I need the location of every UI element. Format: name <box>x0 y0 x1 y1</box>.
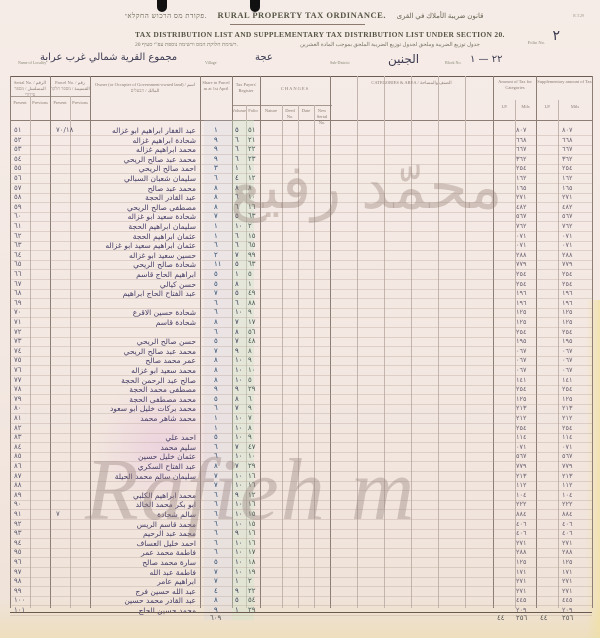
folio-cell: ٩ <box>248 356 252 365</box>
serial-cell: ٧٣ <box>14 337 22 346</box>
amount-mils-cell: ٢٥٤ <box>516 164 526 173</box>
header-supp-mils: Mils <box>558 104 592 110</box>
share-cell: ١ <box>214 232 218 241</box>
amount-mils-cell: ١١٤ <box>516 433 526 442</box>
share-cell: ١ <box>214 222 218 231</box>
folio-cell: ١٥ <box>248 232 256 241</box>
volume-cell: ١٠ <box>235 558 243 567</box>
share-cell: ٨ <box>214 376 218 385</box>
owner-cell: عبد الغفار ابراهيم ابو غزاله <box>96 126 196 135</box>
supp-mils-cell: ٤٠٦ <box>562 520 572 529</box>
header-parcel-previous: Previous <box>70 100 90 106</box>
folio-label: Folio No. <box>528 40 545 45</box>
serial-cell: ٨٠ <box>14 404 22 413</box>
volume-cell: ١ <box>235 577 239 586</box>
supp-mils-cell: ١١٤ <box>562 433 572 442</box>
supp-mils-cell: ١٩٦ <box>562 299 572 308</box>
amount-mils-cell: ٦٦٨ <box>516 136 526 145</box>
share-cell: ٣ <box>214 164 218 173</box>
amount-mils-cell: ٨٨٤ <box>516 510 526 519</box>
volume-cell: ١٠ <box>235 308 243 317</box>
volume-cell: ٨ <box>235 328 239 337</box>
supp-mils-cell: ٧٧٩ <box>562 462 572 471</box>
folio-cell: ٤٩ <box>248 289 256 298</box>
folio-cell: ٢٢ <box>248 587 256 596</box>
volume-cell: ٥ <box>235 126 239 135</box>
supp-mils-cell: ١٢٥ <box>562 558 572 567</box>
supp-mils-cell: ٢١٢ <box>562 414 572 423</box>
serial-cell: ٨٩ <box>14 491 22 500</box>
share-cell: ١ <box>214 424 218 433</box>
share-cell: ٦ <box>214 404 218 413</box>
share-cell: ١ <box>214 414 218 423</box>
serial-cell: ٩٥ <box>14 548 22 557</box>
owner-cell: عبد القادر الحجة <box>96 193 196 202</box>
amount-mils-cell: ٧٧٩ <box>516 462 526 471</box>
folio-cell: ٩٩ <box>248 251 256 260</box>
share-cell: ٩ <box>214 145 218 154</box>
amount-mils-cell: ٠٧١ <box>516 232 526 241</box>
folio-cell: ١٩ <box>248 568 256 577</box>
amount-mils-cell: ٢١٣ <box>516 404 526 413</box>
volume-cell: ٥ <box>235 596 239 605</box>
supp-mils-cell: ١٢٥ <box>562 395 572 404</box>
owner-cell: محمد بركات خليل ابو سعود <box>96 404 196 413</box>
serial-cell: ٥١ <box>14 126 22 135</box>
folio-cell: ٥ <box>248 270 252 279</box>
header-supp-lp: LP. <box>537 104 558 110</box>
share-cell: ٩ <box>214 385 218 394</box>
supp-mils-cell: ٢٧١ <box>562 577 572 586</box>
folio-cell: ٢١ <box>248 136 256 145</box>
supp-mils-cell: ٦٦٧ <box>562 145 572 154</box>
supp-mils-cell: ١١٢ <box>562 481 572 490</box>
folio-cell: ٢٩ <box>248 606 256 615</box>
title-hebrew: פקודת מס הרכוש החקלאי. <box>125 12 207 20</box>
volume-cell: ٩ <box>235 587 239 596</box>
supp-mils-cell: ١٦٥ <box>562 184 572 193</box>
parcel-cell: ٧ <box>56 510 60 519</box>
folio-cell: ٦٥ <box>248 241 256 250</box>
owner-cell: احمد صالح الريحي <box>96 164 196 173</box>
row-rule <box>10 327 592 328</box>
owner-cell: حسن كيالي <box>96 280 196 289</box>
serial-cell: ٥٩ <box>14 203 22 212</box>
share-cell: ٧ <box>214 289 218 298</box>
header-owner: Owner (or Occupier of Government-owned l… <box>92 82 198 94</box>
volume-cell: ٩ <box>235 385 239 394</box>
folio-cell: ٢ <box>248 577 252 586</box>
folio-cell: ٩ <box>248 308 252 317</box>
header-parcel-no: Parcel No. / رقم القسيمة / מספר חלקה <box>50 80 90 92</box>
serial-cell: ٥٣ <box>14 145 22 154</box>
volume-cell: ١٠ <box>235 548 243 557</box>
folio-cell: ٥١ <box>248 126 256 135</box>
folio-cell: ٩ <box>248 404 252 413</box>
parcel-cell: ٧٠/١٨ <box>56 126 73 135</box>
amount-mils-cell: ٢٥٤ <box>516 270 526 279</box>
header-changes: CHANGES <box>260 86 330 92</box>
subdistrict-value: الجنين <box>388 52 419 66</box>
owner-cell: سليمان شعبان السبالي <box>96 174 196 183</box>
folio-cell: ٥ <box>248 376 252 385</box>
supp-mils-cell: ٢٥٤ <box>562 328 572 337</box>
serial-cell: ٥٢ <box>14 136 22 145</box>
volume-cell: ٧ <box>235 337 239 346</box>
serial-cell: ٩٣ <box>14 529 22 538</box>
volume-cell: ٨ <box>235 395 239 404</box>
title-english: RURAL PROPERTY TAX ORDINANCE. <box>217 10 385 20</box>
share-cell: ٦ <box>214 299 218 308</box>
header-bottom-border <box>10 120 592 121</box>
owner-cell: صالح عبد الرحمن الحجة <box>96 376 196 385</box>
serial-cell: ٩٨ <box>14 577 22 586</box>
amount-mils-cell: ٢٥٤ <box>516 280 526 289</box>
folio-value: ٢ <box>552 28 560 44</box>
amount-mils-cell: ١١٢ <box>516 481 526 490</box>
supp-mils-cell: ٢١٣ <box>562 404 572 413</box>
volume-cell: ٧ <box>235 404 239 413</box>
serial-cell: ٩٤ <box>14 539 22 548</box>
folio-cell: ٨ <box>248 347 252 356</box>
serial-cell: ٥٨ <box>14 193 22 202</box>
watermark-latin: Rafieh m <box>85 440 416 541</box>
supp-mils-cell: ٥٦٧ <box>562 452 572 461</box>
share-cell: ٨ <box>214 596 218 605</box>
amount-mils-cell: ٧٦٢ <box>516 222 526 231</box>
village-value: عجة <box>255 52 273 63</box>
col-line <box>558 100 559 608</box>
folio-cell: ٤٨ <box>248 337 256 346</box>
supp-mils-cell: ١٠٤ <box>562 491 572 500</box>
header-folio: Folio <box>246 108 260 114</box>
header-changes-nature: Nature <box>260 108 282 114</box>
owner-cell: محمد ابراهيم غزاله <box>96 145 196 154</box>
share-cell: ٥ <box>214 558 218 567</box>
supp-mils-cell: ٠٦٧ <box>562 347 572 356</box>
subdistrict-label: Sub-District <box>330 60 350 65</box>
owner-cell: شحادة سعيد ابو غزاله <box>96 212 196 221</box>
amount-mils-cell: ٢٧١ <box>516 539 526 548</box>
folio-cell: ١٠ <box>248 366 256 375</box>
share-cell: ٥ <box>214 337 218 346</box>
owner-cell: شحادة ابراهيم غزاله <box>96 136 196 145</box>
supp-mils-cell: ٢٧١ <box>562 193 572 202</box>
supp-mils-cell: ٢٧١ <box>562 587 572 596</box>
supp-mils-cell: ٧٧٩ <box>562 260 572 269</box>
amount-mils-cell: ١٢٥ <box>516 308 526 317</box>
supp-mils-cell: ٤٨٢ <box>562 203 572 212</box>
serial-cell: ٩٧ <box>14 568 22 577</box>
volume-cell: ٦ <box>235 299 239 308</box>
owner-cell: ابراهيم الحاج قاسم <box>96 270 196 279</box>
volume-cell: ٦ <box>235 241 239 250</box>
share-cell: ٥ <box>214 270 218 279</box>
header-changes-new-serial: New Serial No. <box>314 108 330 126</box>
owner-cell: محمد سعيد ابو غزاله <box>96 366 196 375</box>
share-cell: ٧ <box>214 577 218 586</box>
share-cell: ٨ <box>214 184 218 193</box>
header-share: Share in Parcel as at 1st April <box>201 80 231 92</box>
serial-cell: ٨٨ <box>14 481 22 490</box>
amount-mils-cell: ٢١٢ <box>516 414 526 423</box>
header-parcel-present: Present <box>50 100 70 106</box>
owner-cell: عثمان ابراهيم سعيد ابو غزاله <box>96 241 196 250</box>
share-cell: ٨ <box>214 203 218 212</box>
serial-cell: ٦٩ <box>14 299 22 308</box>
serial-cell: ٦٤ <box>14 251 22 260</box>
amount-mils-cell: ٥٦٧ <box>516 212 526 221</box>
amount-mils-cell: ٧٧٩ <box>516 260 526 269</box>
share-cell: ٨ <box>214 193 218 202</box>
totals-border <box>10 612 592 613</box>
supp-mils-cell: ١٩٦ <box>562 289 572 298</box>
serial-cell: ٧٨ <box>14 385 22 394</box>
supp-mils-cell: ٠٦٧ <box>562 366 572 375</box>
amount-mils-cell: ١٦٥ <box>516 184 526 193</box>
folio-cell: ١٧ <box>248 318 256 327</box>
supp-mils-cell: ٢١٣ <box>562 472 572 481</box>
total-supp-mils: ٢٥٦ <box>562 614 573 622</box>
document-subtitle-hebrew: רשימת חלוקת המס ורשימה נוספת עפ"י סעיף 2… <box>135 42 238 48</box>
supp-mils-cell: ٧٦٢ <box>562 222 572 231</box>
amount-mils-cell: ١٢٥ <box>516 395 526 404</box>
supp-mils-cell: ٢٥٤ <box>562 270 572 279</box>
serial-cell: ٨١ <box>14 414 22 423</box>
paper-aging-edge <box>586 300 600 638</box>
amount-mils-cell: ١٠٤ <box>516 491 526 500</box>
amount-mils-cell: ٠٦٧ <box>516 366 526 375</box>
header-serial-previous: Previous <box>30 100 50 106</box>
volume-cell: ٨ <box>235 280 239 289</box>
supp-mils-cell: ١٤١ <box>562 376 572 385</box>
serial-cell: ٥٦ <box>14 174 22 183</box>
volume-cell: ١٠ <box>235 568 243 577</box>
amount-mils-cell: ٣٦٢ <box>516 155 526 164</box>
serial-cell: ٥٧ <box>14 184 22 193</box>
serial-cell: ٦٦ <box>14 270 22 279</box>
share-cell: ٤ <box>214 587 218 596</box>
supp-mils-cell: ٤٠٦ <box>562 529 572 538</box>
supp-mils-cell: ١٢٥ <box>562 308 572 317</box>
owner-cell: حسين سعيد ابو غزاله <box>96 251 196 260</box>
supp-mils-cell: ٨٨٤ <box>562 510 572 519</box>
document-subtitle-arabic: جدول توزيع الضريبة وملحق لجدول توزيع الض… <box>300 42 480 48</box>
serial-cell: ١٠١ <box>14 606 25 615</box>
share-column-wash <box>204 120 232 620</box>
serial-cell: ٨٢ <box>14 424 22 433</box>
share-cell: ١ <box>214 126 218 135</box>
share-cell: ٧ <box>214 212 218 221</box>
amount-mils-cell: ٠٧١ <box>516 443 526 452</box>
amount-mils-cell: ١٢٥ <box>516 558 526 567</box>
supp-mils-cell: ٢٢٢ <box>562 500 572 509</box>
owner-cell: مصطفى صالح الريحي <box>96 203 196 212</box>
watermark-arabic: محمّد رفيع <box>230 150 503 223</box>
amount-mils-cell: ١٩٦ <box>516 289 526 298</box>
header-changes-date: Date <box>298 108 314 114</box>
volume-cell: ١ <box>235 606 239 615</box>
volume-cell: ١٠ <box>235 366 243 375</box>
total-amount-lp: ٤٤ <box>497 614 505 622</box>
owner-cell: محمد عبد صالح الريحي <box>96 347 196 356</box>
volume-cell: ١٠ <box>235 424 243 433</box>
owner-cell: شحادة حسين الاقرع <box>96 308 196 317</box>
amount-mils-cell: ١٤١ <box>516 376 526 385</box>
folio-cell: ١٧ <box>248 548 256 557</box>
serial-cell: ٦٥ <box>14 260 22 269</box>
serial-cell: ٨٦ <box>14 462 22 471</box>
volume-cell: ٦ <box>235 136 239 145</box>
owner-cell: سليمان ابراهيم الحجة <box>96 222 196 231</box>
share-cell: ١١ <box>214 260 222 269</box>
serial-cell: ٧٥ <box>14 356 22 365</box>
owner-cell: شحادة صالح الريحي <box>96 260 196 269</box>
total-supp-lp: ٤٤ <box>540 614 548 622</box>
serial-cell: ٩١ <box>14 510 22 519</box>
amount-mils-cell: ٠٦٧ <box>516 347 526 356</box>
share-cell: ٨ <box>214 318 218 327</box>
supp-mils-cell: ٢٥٤ <box>562 385 572 394</box>
col-line <box>592 76 593 608</box>
header-volume: Volume <box>232 108 246 114</box>
serial-cell: ١٠٠ <box>14 596 25 605</box>
supp-mils-cell: ١٧١ <box>562 568 572 577</box>
header-serial-present: Present <box>10 100 30 106</box>
supp-mils-cell: ١٢٥ <box>562 318 572 327</box>
share-cell: ٨ <box>214 366 218 375</box>
header-amount-tax: Amount of Tax for Categories <box>494 79 536 91</box>
volume-cell: ١٠ <box>235 222 243 231</box>
volume-cell: ٥ <box>235 260 239 269</box>
share-cell: ٥ <box>214 395 218 404</box>
amount-mils-cell: ١٢٥ <box>516 318 526 327</box>
serial-cell: ٧٩ <box>14 395 22 404</box>
owner-cell: شحادة قاسم <box>96 318 196 327</box>
supp-mils-cell: ٠٧١ <box>562 443 572 452</box>
supp-mils-cell: ٢٥٤ <box>562 424 572 433</box>
share-cell: ٧ <box>214 568 218 577</box>
share-cell: ٦ <box>214 548 218 557</box>
amount-mils-cell: ٤٠٦ <box>516 520 526 529</box>
header-amount-mils: Mils <box>515 104 536 110</box>
owner-cell: محمد حسين الحاج <box>96 606 196 615</box>
volume-cell: ١ <box>235 270 239 279</box>
supp-mils-cell: ٤٤٥ <box>562 596 572 605</box>
serial-cell: ٧١ <box>14 318 22 327</box>
share-cell: ٧ <box>214 347 218 356</box>
serial-cell: ٦٠ <box>14 212 22 221</box>
table-top-border <box>10 76 592 77</box>
header-changes-deed: Deed No. <box>282 108 298 120</box>
volume-cell: ٦ <box>235 232 239 241</box>
folio-cell: ١٨ <box>248 558 256 567</box>
supp-mils-cell: ٠٧١ <box>562 232 572 241</box>
amount-mils-cell: ٢٥٤ <box>516 385 526 394</box>
amount-mils-cell: ٥٦٧ <box>516 452 526 461</box>
volume-cell: ٩ <box>235 347 239 356</box>
document-subtitle: TAX DISTRIBUTION LIST AND SUPPLEMENTARY … <box>135 30 505 39</box>
share-cell: ٥ <box>214 280 218 289</box>
supp-mils-cell: ٢٨٨ <box>562 548 572 557</box>
share-cell: ٩ <box>214 155 218 164</box>
title-arabic: قانون ضريبة الأملاك في القرى <box>397 12 484 20</box>
volume-cell: ١٠ <box>235 356 243 365</box>
amount-mils-cell: ٨٠٧ <box>516 126 526 135</box>
serial-cell: ٨٧ <box>14 472 22 481</box>
amount-mils-cell: ٤٤٥ <box>516 596 526 605</box>
serial-cell: ٥٥ <box>14 164 22 173</box>
serial-cell: ٩٢ <box>14 520 22 529</box>
serial-cell: ٦١ <box>14 222 22 231</box>
supp-mils-cell: ٢٥٤ <box>562 164 572 173</box>
folio-cell: ٨ <box>248 424 252 433</box>
supp-mils-cell: ٣٦٢ <box>562 155 572 164</box>
share-cell: ٦ <box>214 174 218 183</box>
amount-mils-cell: ٤٠٦ <box>516 529 526 538</box>
folio-cell: ٧ <box>248 414 252 423</box>
volume-cell: ١٠ <box>235 376 243 385</box>
serial-cell: ٧٢ <box>14 328 22 337</box>
owner-cell: عبد الفتاح الحاج ابراهيم <box>96 289 196 298</box>
folio-cell: ٥٤ <box>248 596 256 605</box>
amount-mils-cell: ٤٨٢ <box>516 203 526 212</box>
amount-mils-cell: ٠٧١ <box>516 241 526 250</box>
ledger-page: פקודת מס הרכוש החקלאי. RURAL PROPERTY TA… <box>0 0 600 638</box>
owner-cell: عمر محمد صالح <box>96 356 196 365</box>
supp-mils-cell: ٢٥٤ <box>562 280 572 289</box>
name-of-value: مجموع القرية شمالي غرب عرابة <box>40 52 177 63</box>
owner-cell: حسن صالح الريحي <box>96 337 196 346</box>
owner-cell: فاطمة محمد عمر <box>96 548 196 557</box>
amount-mils-cell: ٢١٣ <box>516 472 526 481</box>
serial-cell: ٩٦ <box>14 558 22 567</box>
share-cell: ٩ <box>214 136 218 145</box>
share-cell: ٦ <box>214 328 218 337</box>
owner-cell: عبد الله حسين فرج <box>96 587 196 596</box>
owner-cell: محمد عبد صالح <box>96 184 196 193</box>
header-serial-no: Serial No. / الرقم المسلسل / מספר סידורי <box>10 80 50 98</box>
owner-cell: محمد عبد صالح الريحي <box>96 155 196 164</box>
serial-cell: ٨٣ <box>14 433 22 442</box>
amount-mils-cell: ٢٨٨ <box>516 251 526 260</box>
amount-mils-cell: ٢٢٢ <box>516 500 526 509</box>
block-label: Block No. <box>445 60 461 65</box>
amount-mils-cell: ٦٦٧ <box>516 145 526 154</box>
supp-mils-cell: ٨٠٧ <box>562 126 572 135</box>
block-value: ٢٢ — ١ <box>470 54 502 65</box>
serial-cell: ٧٤ <box>14 347 22 356</box>
total-share: ٦٠٩ <box>210 614 221 622</box>
village-label: Village <box>205 60 217 65</box>
amount-mils-cell: ١٩٦ <box>516 299 526 308</box>
volume-cell: ٥ <box>235 289 239 298</box>
header-amount-lp: LP. <box>494 104 515 110</box>
amount-mils-cell: ١٦٢ <box>516 174 526 183</box>
owner-cell: عبد القادر محمد حسين <box>96 596 196 605</box>
serial-cell: ٦٨ <box>14 289 22 298</box>
owner-cell: سارة محمد صالح <box>96 558 196 567</box>
amount-mils-cell: ٢٥٤ <box>516 424 526 433</box>
row-rule <box>10 423 592 424</box>
amount-mils-cell: ٢٧١ <box>516 577 526 586</box>
volume-cell: ٧ <box>235 251 239 260</box>
header-tax-payers-register: Tax Payers' Register <box>233 82 259 94</box>
supp-mils-cell: ٢٨٨ <box>562 251 572 260</box>
serial-cell: ٥٤ <box>14 155 22 164</box>
folio-cell: ١ <box>248 280 252 289</box>
folio-cell: ٢ <box>248 222 252 231</box>
